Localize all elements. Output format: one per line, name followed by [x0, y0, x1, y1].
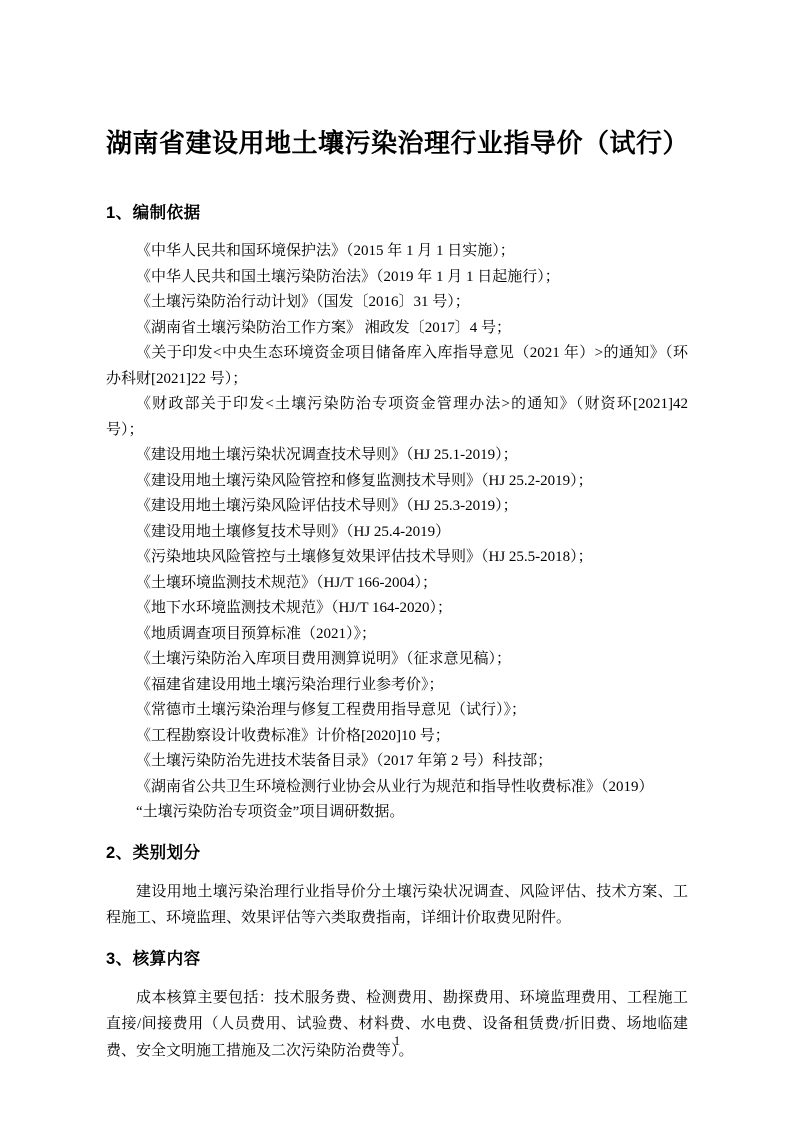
reference-item: 《关于印发<中央生态环境资金项目储备库入库指导意见（2021 年）>的通知》（环… — [106, 341, 688, 392]
reference-item: 《中华人民共和国土壤污染防治法》（2019 年 1 月 1 日起施行）； — [106, 265, 688, 291]
reference-item: 《中华人民共和国环境保护法》（2015 年 1 月 1 日实施）； — [106, 239, 688, 265]
section-2-paragraph: 建设用地土壤污染治理行业指导价分土壤污染状况调查、风险评估、技术方案、工程施工、… — [106, 879, 688, 932]
reference-item: 《建设用地土壤污染风险评估技术导则》（HJ 25.3-2019）； — [106, 494, 688, 520]
reference-item: 《财政部关于印发<土壤污染防治专项资金管理办法>的通知》（财资环[2021]42… — [106, 392, 688, 443]
reference-item: 《土壤污染防治先进技术装备目录》（2017 年第 2 号）科技部； — [106, 749, 688, 775]
reference-item: 《土壤污染防治入库项目费用测算说明》（征求意见稿）； — [106, 647, 688, 673]
section-compilation-basis: 1、编制依据 《中华人民共和国环境保护法》（2015 年 1 月 1 日实施）；… — [106, 202, 688, 826]
section-category-division: 2、类别划分 建设用地土壤污染治理行业指导价分土壤污染状况调查、风险评估、技术方… — [106, 842, 688, 932]
reference-item: 《工程勘察设计收费标准》计价格[2020]10 号； — [106, 724, 688, 750]
reference-list: 《中华人民共和国环境保护法》（2015 年 1 月 1 日实施）；《中华人民共和… — [106, 239, 688, 826]
reference-item: 《建设用地土壤修复技术导则》（HJ 25.4-2019） — [106, 520, 688, 546]
reference-item: 《建设用地土壤污染风险管控和修复监测技术导则》（HJ 25.2-2019）； — [106, 469, 688, 495]
reference-item: “土壤污染防治专项资金”项目调研数据。 — [106, 800, 688, 826]
section-2-heading: 2、类别划分 — [106, 842, 688, 864]
page-title: 湖南省建设用地土壤污染治理行业指导价（试行） — [106, 126, 688, 162]
section-3-paragraph: 成本核算主要包括：技术服务费、检测费用、勘探费用、环境监理费用、工程施工直接/间… — [106, 985, 688, 1065]
reference-item: 《湖南省土壤污染防治工作方案》 湘政发〔2017〕4 号； — [106, 316, 688, 342]
page-number: 1 — [0, 1033, 794, 1049]
reference-item: 《建设用地土壤污染状况调查技术导则》（HJ 25.1-2019）； — [106, 443, 688, 469]
section-3-heading: 3、核算内容 — [106, 948, 688, 970]
reference-item: 《地下水环境监测技术规范》（HJ/T 164-2020）； — [106, 596, 688, 622]
reference-item: 《土壤污染防治行动计划》（国发〔2016〕31 号）； — [106, 290, 688, 316]
section-1-heading: 1、编制依据 — [106, 202, 688, 224]
reference-item: 《地质调查项目预算标准（2021）》； — [106, 622, 688, 648]
reference-item: 《常德市土壤污染治理与修复工程费用指导意见（试行）》； — [106, 698, 688, 724]
reference-item: 《湖南省公共卫生环境检测行业协会从业行为规范和指导性收费标准》（2019） — [106, 775, 688, 801]
reference-item: 《土壤环境监测技术规范》（HJ/T 166-2004）； — [106, 571, 688, 597]
reference-item: 《福建省建设用地土壤污染治理行业参考价》； — [106, 673, 688, 699]
document-page: 湖南省建设用地土壤污染治理行业指导价（试行） 1、编制依据 《中华人民共和国环境… — [0, 0, 794, 1123]
reference-item: 《污染地块风险管控与土壤修复效果评估技术导则》（HJ 25.5-2018）； — [106, 545, 688, 571]
